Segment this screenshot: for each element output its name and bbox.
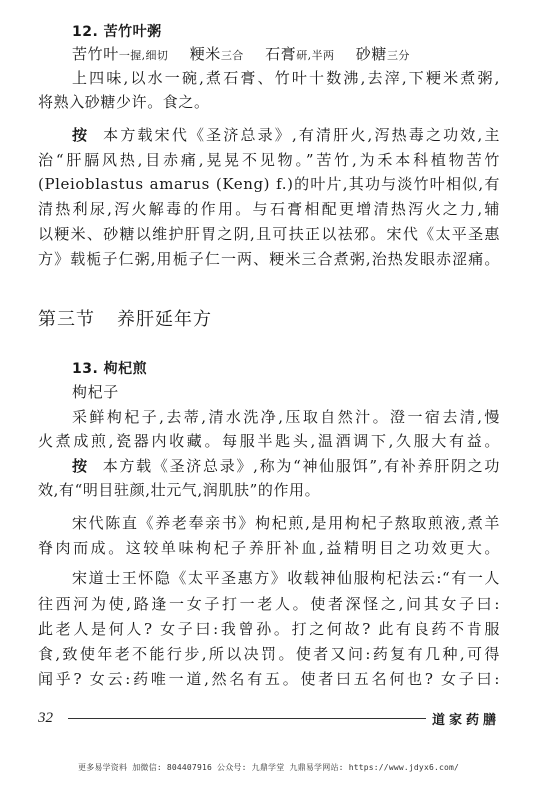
footer-rule <box>68 718 426 719</box>
recipe-12-note-line: 方》载栀子仁粥,用栀子仁一两、粳米三合煮粥,治热发眼赤涩痛。 <box>38 249 500 269</box>
recipe-12-method-line: 将熟入砂糖少许。食之。 <box>38 92 500 112</box>
recipe-13-ingredients: 枸杞子 <box>72 382 119 402</box>
ingredient: 苦竹叶一握,细切 <box>72 45 168 63</box>
note-label: 按 <box>72 457 89 475</box>
recipe-13-para2-line: 宋代陈直《养老奉亲书》枸杞煎,是用枸杞子熬取煎液,煮羊 <box>72 513 500 533</box>
section-heading: 第三节养肝延年方 <box>38 308 212 332</box>
recipe-12-note-line: 治“肝膈风热,目赤痛,晃晃不见物。”苦竹,为禾本科植物苦竹 <box>38 150 500 170</box>
book-page: 12. 苦竹叶粥 苦竹叶一握,细切 粳米三合 石膏研,半两 砂糖三分 上四味,以… <box>0 0 538 798</box>
recipe-13-para3-line: 往西河为使,路逢一女子打一老人。使者深怪之,问其女子曰: <box>38 594 500 614</box>
recipe-13-method-line: 采鲜枸杞子,去蒂,清水洗净,压取自然汁。澄一宿去清,慢 <box>72 407 500 427</box>
ingredient: 砂糖三分 <box>356 45 410 63</box>
recipe-13-para3-line: 宋道士王怀隐《太平圣惠方》收载神仙服枸杞法云:“有一人 <box>72 568 500 588</box>
recipe-13-para3-line: 此老人是何人? 女子曰:我曾孙。打之何故? 此有良药不肯服 <box>38 619 500 639</box>
recipe-13-para2-line: 脊肉而成。这较单味枸杞子养肝补血,益精明目之功效更大。 <box>38 538 500 558</box>
ingredient: 石膏研,半两 <box>265 45 334 63</box>
recipe-12-note-line: (Pleioblastus amarus (Keng) f.)的叶片,其功与淡竹… <box>38 174 500 194</box>
recipe-12-method-line: 上四味,以水一碗,煮石膏、竹叶十数沸,去滓,下粳米煮粥, <box>72 68 500 88</box>
watermark-text: 更多易学资料 加微信: 804407916 公众号: 九鼎学堂 九鼎易学网站: … <box>78 762 459 773</box>
recipe-13-note-line: 按本方载《圣济总录》,称为“神仙服饵”,有补养肝阴之功 <box>72 456 500 476</box>
recipe-12-note-line: 按本方载宋代《圣济总录》,有清肝火,泻热毒之功效,主 <box>72 125 500 145</box>
recipe-13-title: 13. 枸杞煎 <box>72 359 147 379</box>
note-label: 按 <box>72 126 89 144</box>
recipe-13-note-line: 效,有“明目驻颜,壮元气,润肌肤”的作用。 <box>38 480 500 500</box>
recipe-12-note-line: 清热利尿,泻火解毒的作用。与石膏相配更增清热泻火之力,辅 <box>38 199 500 219</box>
recipe-12-ingredients: 苦竹叶一握,细切 粳米三合 石膏研,半两 砂糖三分 <box>72 44 426 66</box>
section-number: 第三节 <box>38 309 95 330</box>
recipe-13-para3-line: 食,致使年老不能行步,所以决罚。使者又问:药复有几种,可得 <box>38 644 500 664</box>
recipe-12-note-line: 以粳米、砂糖以维护肝胃之阴,且可扶正以祛邪。宋代《太平圣惠 <box>38 224 500 244</box>
section-title: 养肝延年方 <box>117 309 212 330</box>
page-footer: 32 道家药膳 <box>38 708 500 728</box>
page-number: 32 <box>38 710 68 727</box>
recipe-12-title: 12. 苦竹叶粥 <box>72 22 162 42</box>
book-title: 道家药膳 <box>432 709 500 728</box>
recipe-13-method-line: 火煮成煎,瓷器内收藏。每服半匙头,温酒调下,久服大有益。 <box>38 431 500 451</box>
ingredient: 粳米三合 <box>190 45 244 63</box>
recipe-13-para3-line: 闻乎? 女云:药唯一道,然名有五。使者曰五名何也? 女子曰: <box>38 669 500 689</box>
